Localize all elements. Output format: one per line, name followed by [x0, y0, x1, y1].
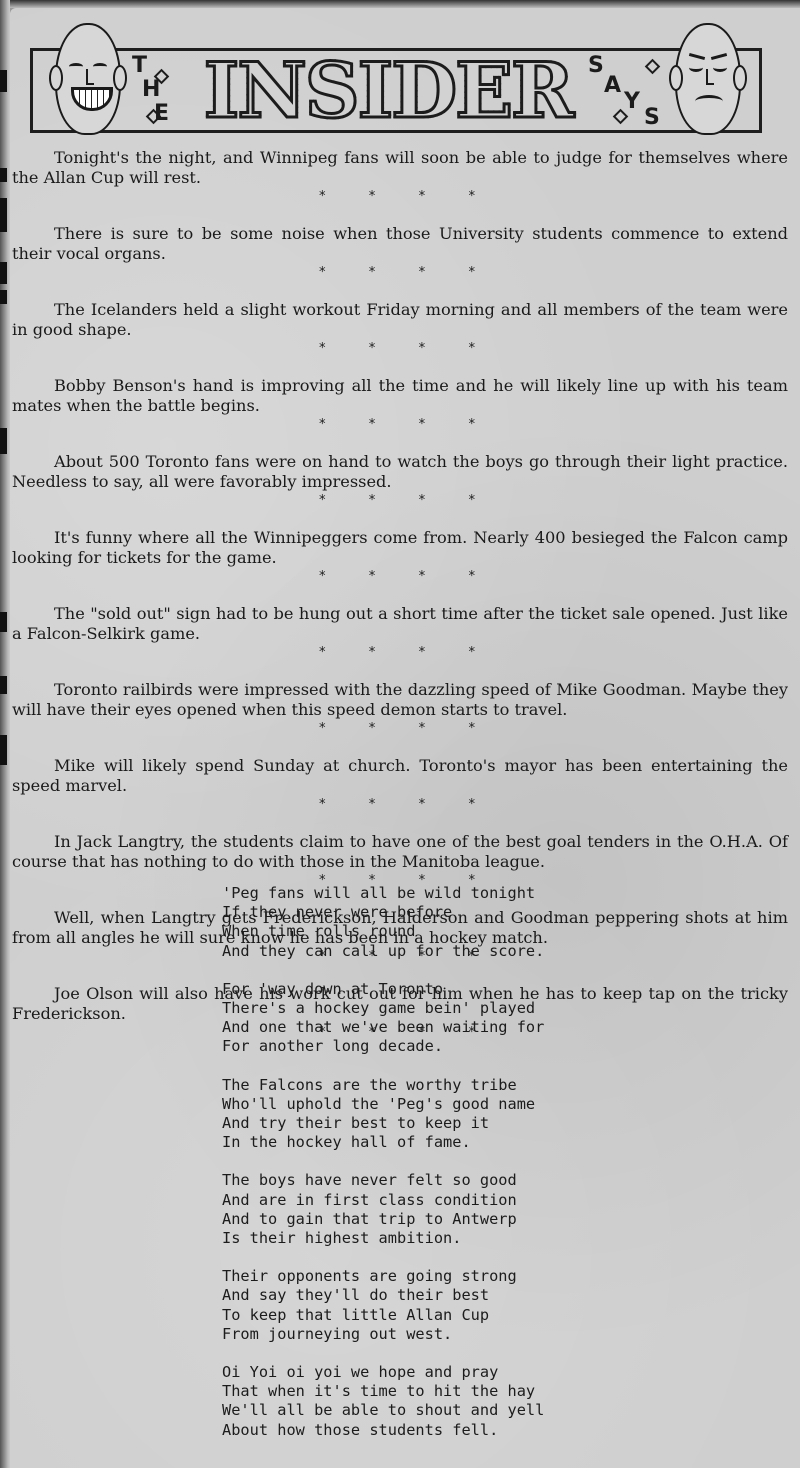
- poem-line: If they never were before: [222, 903, 622, 922]
- laughing-face-icon: [55, 23, 121, 135]
- poem-line: And one that we've been waiting for: [222, 1018, 622, 1037]
- poem-stanza: The boys have never felt so good And are…: [222, 1171, 622, 1248]
- paragraph: It's funny where all the Winnipeggers co…: [12, 528, 788, 567]
- poem-line: And they can call up for the score.: [222, 942, 622, 961]
- poem-line: And are in first class condition: [222, 1191, 622, 1210]
- separator: ****: [12, 795, 788, 814]
- poem-line: In the hockey hall of fame.: [222, 1133, 622, 1152]
- poem-line: That when it's time to hit the hay: [222, 1382, 622, 1401]
- poem-line: When time rolls round: [222, 922, 622, 941]
- separator: ****: [12, 567, 788, 586]
- poem-stanza: 'Peg fans will all be wild tonight If th…: [222, 884, 622, 961]
- poem-line: For 'way down at Toronto: [222, 980, 622, 999]
- poem: 'Peg fans will all be wild tonight If th…: [222, 884, 622, 1459]
- separator: ****: [12, 719, 788, 738]
- poem-stanza: For 'way down at Toronto There's a hocke…: [222, 980, 622, 1057]
- paragraph: Toronto railbirds were impressed with th…: [12, 680, 788, 719]
- masthead-title: INSIDER: [193, 55, 583, 127]
- poem-line: Is their highest ambition.: [222, 1229, 622, 1248]
- page-top-edge: [0, 0, 800, 8]
- poem-line: 'Peg fans will all be wild tonight: [222, 884, 622, 903]
- paragraph: The "sold out" sign had to be hung out a…: [12, 604, 788, 643]
- poem-line: We'll all be able to shout and yell: [222, 1401, 622, 1420]
- poem-line: To keep that little Allan Cup: [222, 1306, 622, 1325]
- poem-line: And say they'll do their best: [222, 1286, 622, 1305]
- poem-line: The Falcons are the worthy tribe: [222, 1076, 622, 1095]
- separator: ****: [12, 491, 788, 510]
- poem-stanza: Oi Yoi oi yoi we hope and pray That when…: [222, 1363, 622, 1440]
- separator: ****: [12, 187, 788, 206]
- frowning-face-icon: [675, 23, 741, 135]
- poem-line: For another long decade.: [222, 1037, 622, 1056]
- paragraph: Tonight's the night, and Winnipeg fans w…: [12, 148, 788, 187]
- separator: ****: [12, 263, 788, 282]
- separator: ****: [12, 339, 788, 358]
- masthead-banner: T H E INSIDER S A Y S: [30, 48, 762, 133]
- poem-line: And try their best to keep it: [222, 1114, 622, 1133]
- poem-line: From journeying out west.: [222, 1325, 622, 1344]
- poem-line: About how those students fell.: [222, 1421, 622, 1440]
- separator: ****: [12, 415, 788, 434]
- margin-print-marks: [0, 0, 10, 1468]
- poem-stanza: Their opponents are going strong And say…: [222, 1267, 622, 1344]
- poem-line: The boys have never felt so good: [222, 1171, 622, 1190]
- paragraph: The Icelanders held a slight workout Fri…: [12, 300, 788, 339]
- paragraph: Mike will likely spend Sunday at church.…: [12, 756, 788, 795]
- poem-stanza: The Falcons are the worthy tribe Who'll …: [222, 1076, 622, 1153]
- poem-line: And to gain that trip to Antwerp: [222, 1210, 622, 1229]
- separator: ****: [12, 643, 788, 662]
- paragraph: Bobby Benson's hand is improving all the…: [12, 376, 788, 415]
- paragraph: There is sure to be some noise when thos…: [12, 224, 788, 263]
- poem-line: Oi Yoi oi yoi we hope and pray: [222, 1363, 622, 1382]
- poem-line: Who'll uphold the 'Peg's good name: [222, 1095, 622, 1114]
- paragraph: In Jack Langtry, the students claim to h…: [12, 832, 788, 871]
- poem-line: Their opponents are going strong: [222, 1267, 622, 1286]
- poem-line: There's a hockey game bein' played: [222, 999, 622, 1018]
- paragraph: About 500 Toronto fans were on hand to w…: [12, 452, 788, 491]
